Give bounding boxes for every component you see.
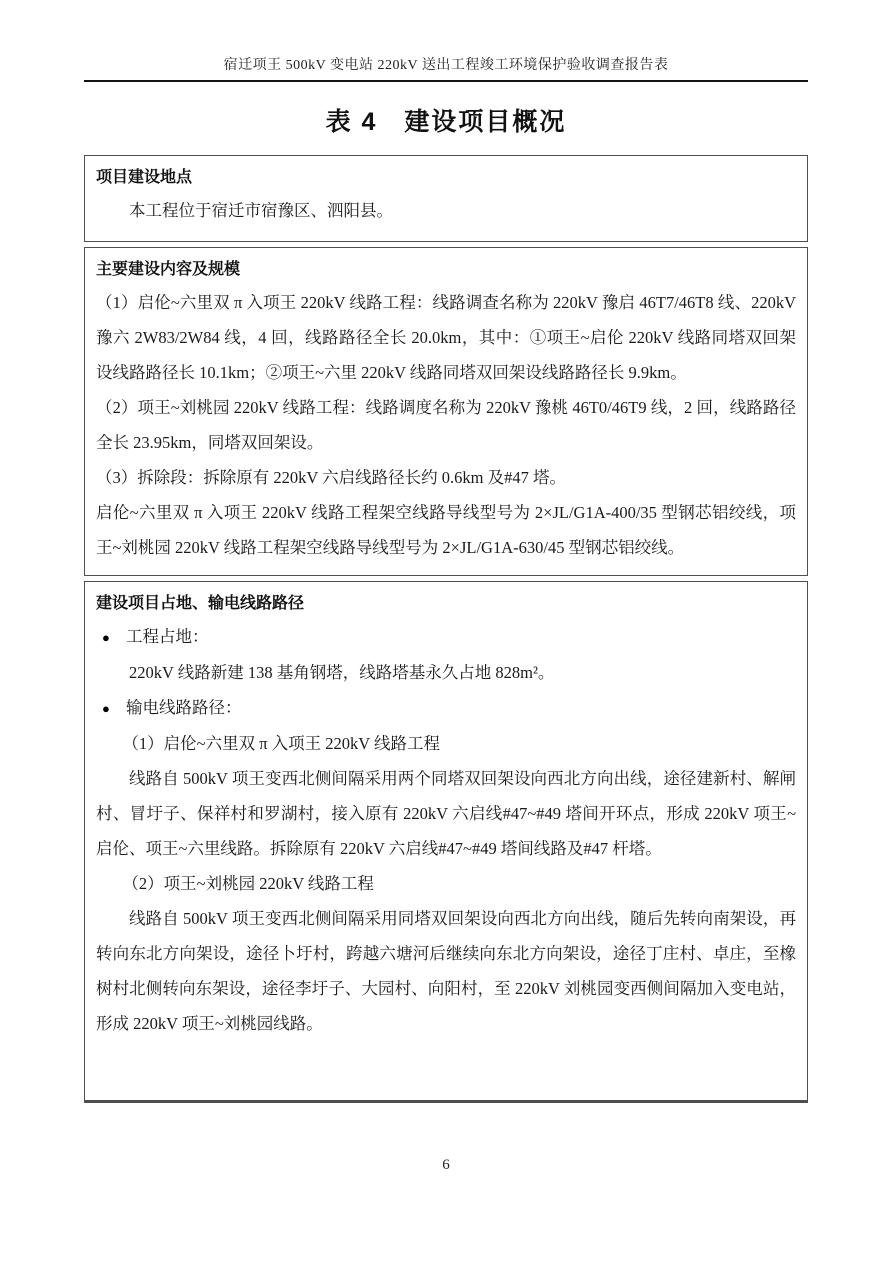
header-divider bbox=[84, 80, 808, 82]
section-heading: 主要建设内容及规模 bbox=[96, 255, 796, 285]
paragraph: （3）拆除段：拆除原有 220kV 六启线路径长约 0.6km 及#47 塔。 bbox=[96, 460, 796, 495]
paragraph: （2）项王~刘桃园 220kV 线路工程：线路调度名称为 220kV 豫桃 46… bbox=[96, 390, 796, 460]
table-section-2: 主要建设内容及规模（1）启伦~六里双 π 入项王 220kV 线路工程：线路调查… bbox=[84, 247, 808, 576]
section-heading: 项目建设地点 bbox=[96, 163, 796, 193]
document-page: 宿迁项王 500kV 变电站 220kV 送出工程竣工环境保护验收调查报告表 表… bbox=[0, 0, 892, 1262]
sub-heading: （2）项王~刘桃园 220kV 线路工程 bbox=[96, 866, 796, 901]
bullet-icon: ● bbox=[96, 620, 126, 655]
bullet-icon: ● bbox=[96, 691, 126, 726]
bullet-item: ●工程占地： bbox=[96, 619, 796, 655]
paragraph: 线路自 500kV 项王变西北侧间隔采用同塔双回架设向西北方向出线，随后先转向南… bbox=[96, 901, 796, 1041]
page-number: 6 bbox=[0, 1157, 892, 1174]
paragraph: 启伦~六里双 π 入项王 220kV 线路工程架空线路导线型号为 2×JL/G1… bbox=[96, 495, 796, 565]
sub-heading: （1）启伦~六里双 π 入项王 220kV 线路工程 bbox=[96, 726, 796, 761]
paragraph: 线路自 500kV 项王变西北侧间隔采用两个同塔双回架设向西北方向出线，途径建新… bbox=[96, 761, 796, 866]
bullet-item: ●输电线路路径： bbox=[96, 690, 796, 726]
paragraph: （1）启伦~六里双 π 入项王 220kV 线路工程：线路调查名称为 220kV… bbox=[96, 285, 796, 390]
bullet-label: 输电线路路径： bbox=[126, 690, 242, 725]
section-heading: 建设项目占地、输电线路路径 bbox=[96, 589, 796, 619]
page-title: 表 4 建设项目概况 bbox=[0, 102, 892, 138]
table-section-1: 项目建设地点本工程位于宿迁市宿豫区、泗阳县。 bbox=[84, 155, 808, 242]
paragraph: 220kV 线路新建 138 基角钢塔，线路塔基永久占地 828m²。 bbox=[96, 655, 796, 690]
paragraph: 本工程位于宿迁市宿豫区、泗阳县。 bbox=[96, 193, 796, 228]
document-header: 宿迁项王 500kV 变电站 220kV 送出工程竣工环境保护验收调查报告表 bbox=[0, 0, 892, 74]
table-section-3: 建设项目占地、输电线路路径●工程占地：220kV 线路新建 138 基角钢塔，线… bbox=[84, 581, 808, 1103]
bullet-label: 工程占地： bbox=[126, 619, 209, 654]
report-table: 项目建设地点本工程位于宿迁市宿豫区、泗阳县。主要建设内容及规模（1）启伦~六里双… bbox=[84, 155, 808, 1103]
